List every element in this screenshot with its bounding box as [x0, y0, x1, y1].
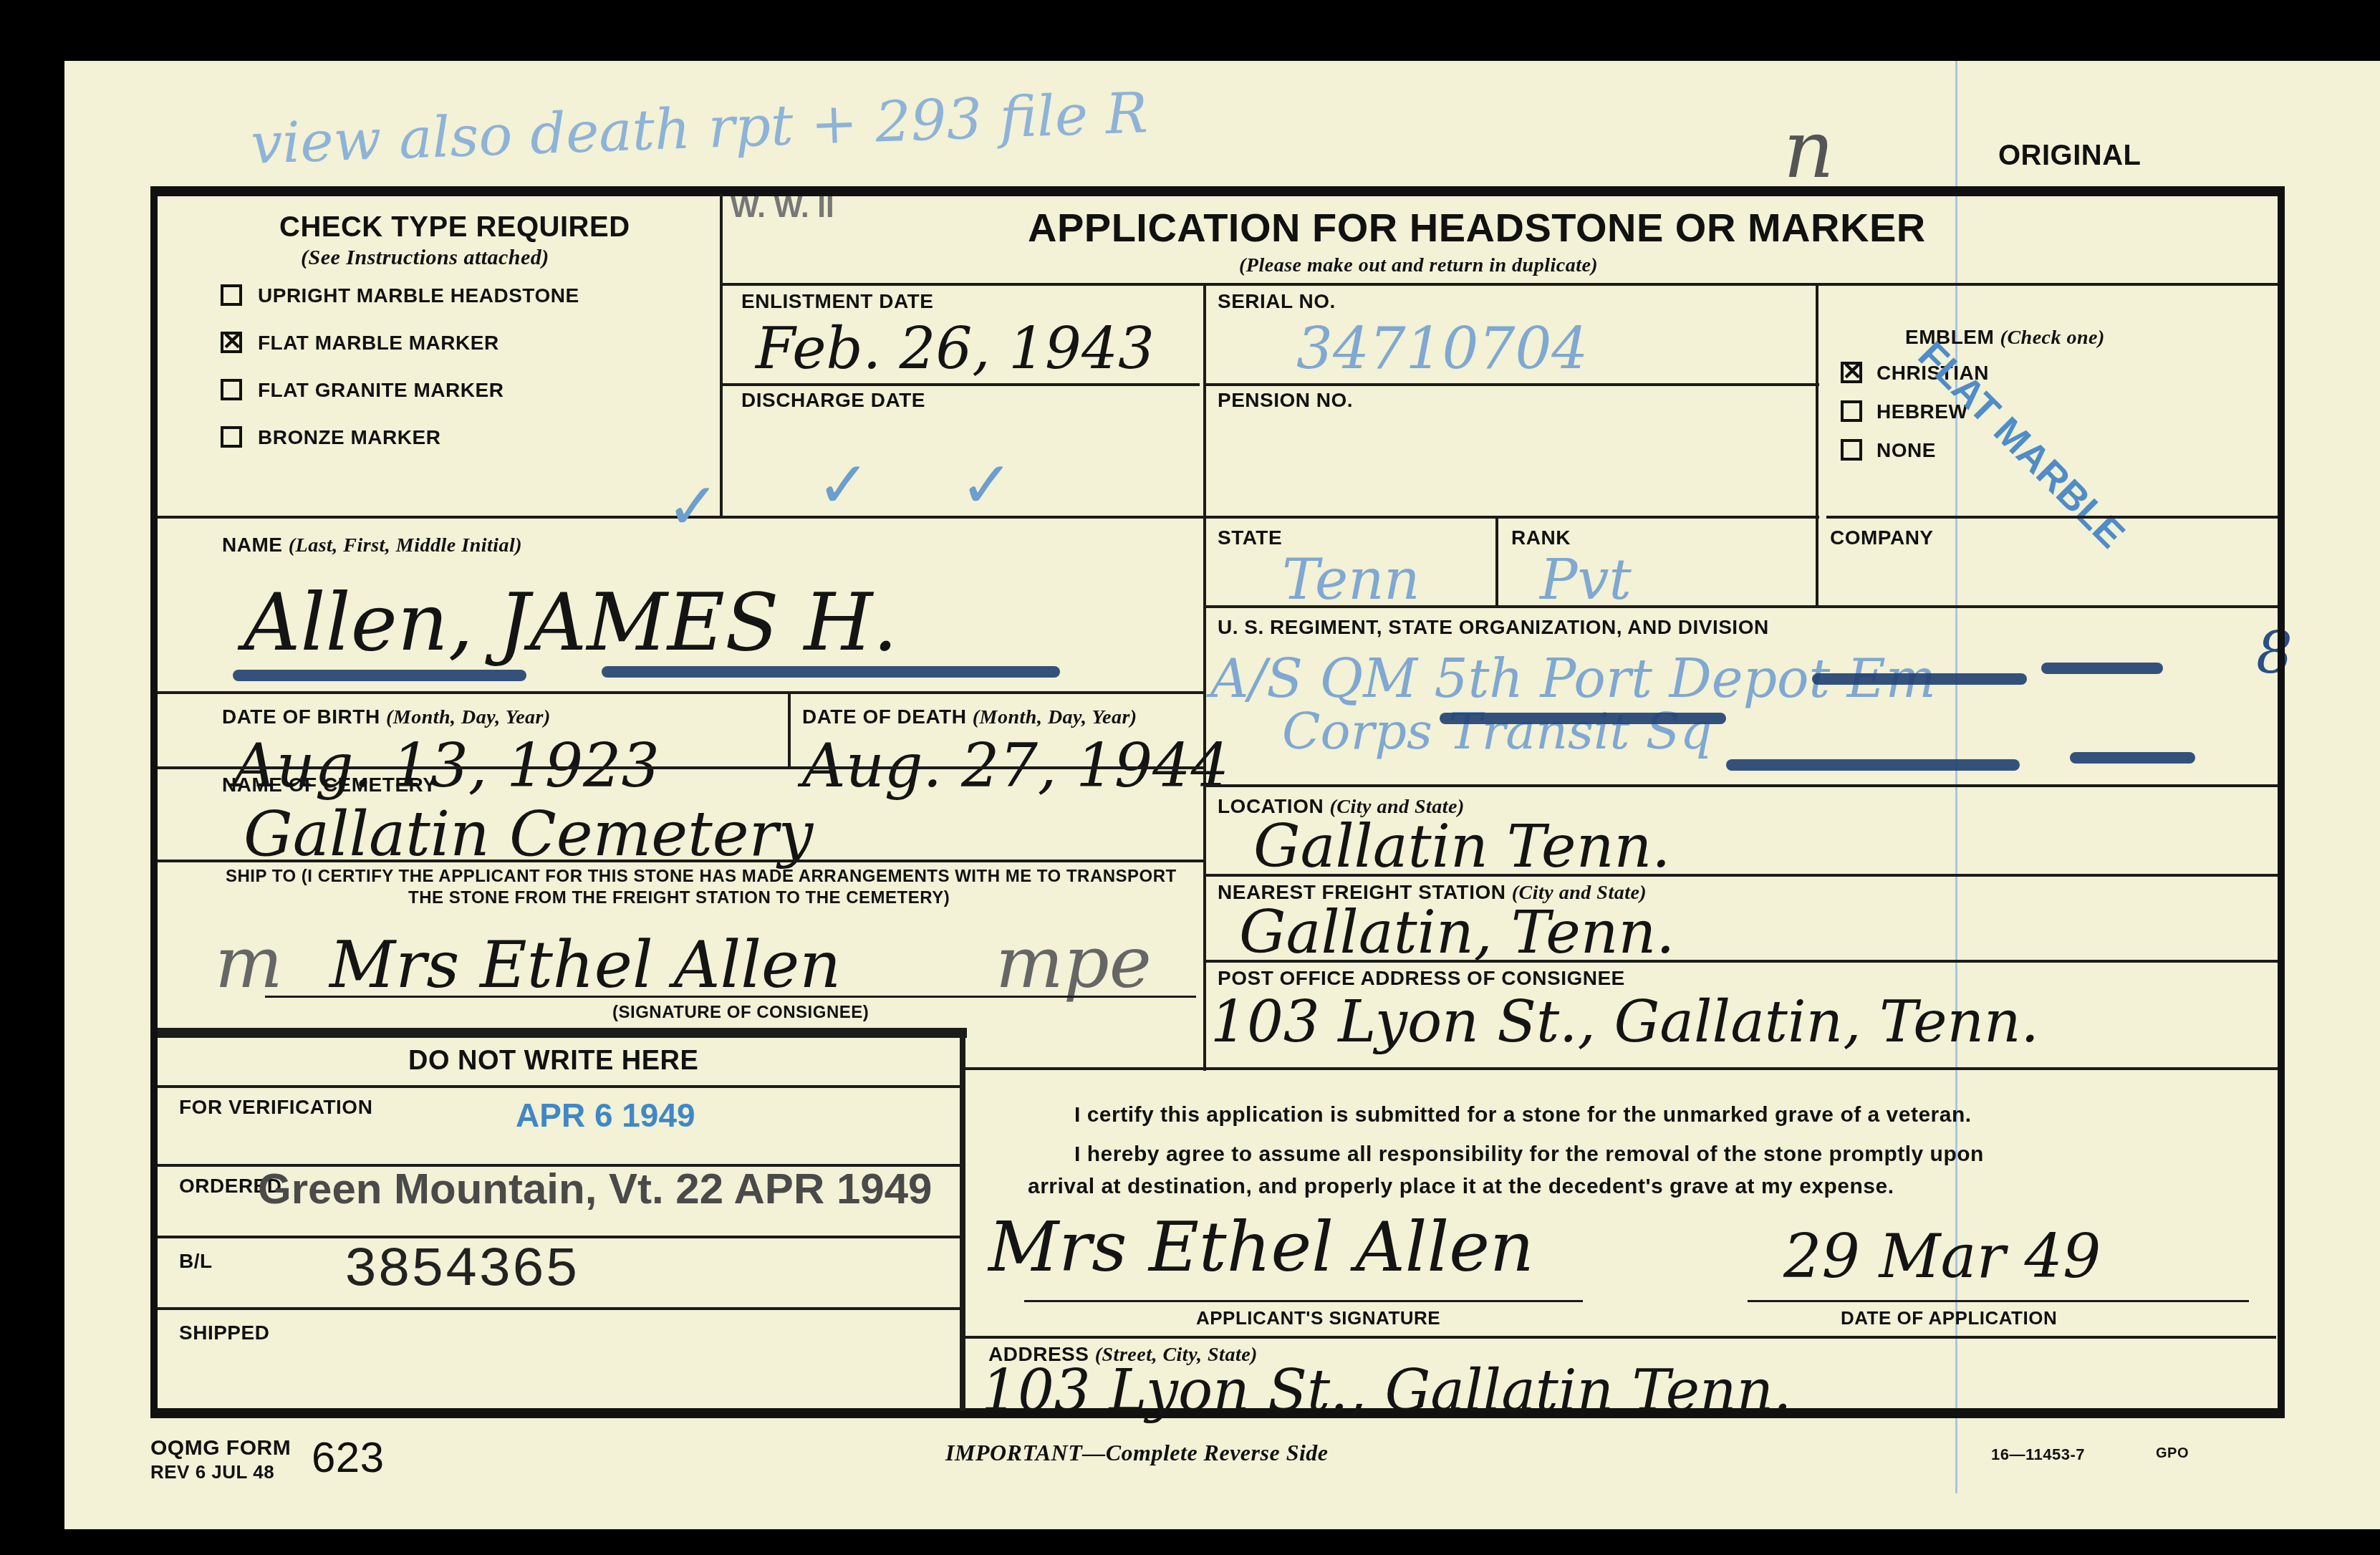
form-number: 623	[312, 1433, 385, 1482]
option-bronze-marker: BRONZE MARKER	[258, 426, 440, 449]
signature-line	[1024, 1300, 1583, 1302]
ww-stamp: W. W. II	[731, 190, 834, 224]
divider	[1495, 516, 1498, 605]
state-value[interactable]: Tenn	[1282, 548, 1420, 612]
divider	[960, 1067, 2278, 1070]
checkbox-emblem-none[interactable]	[1841, 439, 1862, 461]
option-upright-marble-headstone: UPRIGHT MARBLE HEADSTONE	[258, 284, 579, 307]
office-use-heading: DO NOT WRITE HERE	[408, 1046, 698, 1077]
name-label-note: (Last, First, Middle Initial)	[289, 534, 522, 557]
ordered-stamp: Green Mountain, Vt. 22 APR 1949	[258, 1164, 932, 1213]
consignee-address-label: POST OFFICE ADDRESS OF CONSIGNEE	[1218, 967, 1625, 990]
enlistment-date-label: ENLISTMENT DATE	[741, 290, 933, 313]
form-subtitle: (Please make out and return in duplicate…	[1239, 254, 1598, 277]
applicant-signature[interactable]: Mrs Ethel Allen	[988, 1207, 1534, 1287]
divider	[965, 1336, 2276, 1339]
clerk-initials: mpe	[996, 920, 1152, 1004]
date-of-birth-label: DATE OF BIRTH (Month, Day, Year)	[222, 706, 551, 729]
important-note: IMPORTANT—Complete Reverse Side	[945, 1440, 1329, 1466]
divider	[158, 691, 1203, 694]
ship-to-pencil-mark: m	[215, 920, 283, 1004]
bl-value: 3854365	[344, 1239, 579, 1302]
rank-value[interactable]: Pvt	[1540, 548, 1632, 612]
certification-line1: I certify this application is submitted …	[1074, 1103, 1972, 1127]
divider	[1203, 784, 2278, 787]
rank-label: RANK	[1511, 526, 1571, 549]
form-id-line2: REV 6 JUL 48	[150, 1461, 274, 1483]
divider	[158, 1028, 967, 1038]
serial-no-label: SERIAL No.	[1218, 290, 1336, 313]
name-underline	[602, 666, 1060, 678]
divider	[720, 193, 723, 516]
checkbox-flat-granite-marker[interactable]	[221, 379, 242, 400]
divider	[1203, 383, 1819, 386]
verification-check: ✓	[960, 448, 1013, 523]
bl-label: B/L	[179, 1250, 213, 1273]
divider	[158, 1236, 960, 1238]
company-label: COMPANY	[1830, 526, 1934, 549]
location-value[interactable]: Gallatin Tenn.	[1253, 813, 1670, 881]
regiment-underline	[1440, 713, 1726, 724]
dod-label-text: DATE OF DEATH	[802, 706, 966, 728]
consignee-address-value[interactable]: 103 Lyon St., Gallatin, Tenn.	[1210, 988, 2039, 1055]
print-code: 16—11453-7	[1991, 1445, 2085, 1464]
divider	[1203, 516, 1819, 519]
for-verification-label: FOR VERIFICATION	[179, 1096, 372, 1119]
freight-station-value[interactable]: Gallatin, Tenn.	[1239, 899, 1675, 967]
verification-stamp: APR 6 1949	[516, 1096, 695, 1135]
checkbox-bronze-marker[interactable]	[221, 426, 242, 448]
consignee-signature-caption: (SIGNATURE OF CONSIGNEE)	[612, 1003, 869, 1023]
name-underline	[233, 670, 526, 681]
verification-check: ✓	[816, 448, 870, 523]
verification-check: ✓	[666, 469, 720, 544]
checkbox-emblem-christian[interactable]	[1841, 362, 1862, 383]
gpo-mark: GPO	[2156, 1445, 2189, 1462]
divider	[158, 1307, 960, 1310]
discharge-date-label: DISCHARGE DATE	[741, 389, 925, 412]
regiment-value-line2[interactable]: Corps Transit Sq	[1282, 702, 1712, 761]
divider	[158, 1085, 960, 1088]
divider	[720, 383, 1200, 386]
cemetery-name-label: NAME OF CEMETERY	[222, 774, 436, 796]
top-mark: n	[1783, 104, 1834, 196]
divider	[1203, 874, 2278, 877]
ship-to-label-line2: THE STONE FROM THE FREIGHT STATION TO TH…	[408, 888, 950, 908]
dob-label-note: (Month, Day, Year)	[386, 706, 551, 728]
signature-line	[1748, 1300, 2249, 1302]
divider	[1816, 283, 1818, 605]
form-title: APPLICATION FOR HEADSTONE OR MARKER	[1028, 204, 1926, 251]
enlistment-date-value[interactable]: Feb. 26, 1943	[756, 315, 1155, 382]
form-id-line1: OQMG FORM	[150, 1436, 291, 1460]
top-pencil-note: view also death rpt + 293 file R	[250, 81, 1149, 177]
consignee-signature[interactable]: Mrs Ethel Allen	[329, 928, 841, 1003]
shipped-label: SHIPPED	[179, 1321, 269, 1344]
regiment-underline	[1812, 673, 2027, 685]
pension-no-label: PENSION No.	[1218, 389, 1353, 412]
date-of-death-label: DATE OF DEATH (Month, Day, Year)	[802, 706, 1137, 729]
date-of-application-label: DATE OF APPLICATION	[1841, 1307, 2057, 1329]
dob-label-text: DATE OF BIRTH	[222, 706, 380, 728]
divider	[720, 283, 2278, 286]
checkbox-emblem-hebrew[interactable]	[1841, 400, 1862, 422]
ship-to-label-line1: SHIP TO (I CERTIFY THE APPLICANT FOR THI…	[226, 867, 1177, 887]
name-label-text: NAME	[222, 534, 282, 556]
option-flat-granite-marker: FLAT GRANITE MARKER	[258, 379, 504, 402]
original-label: ORIGINAL	[1998, 140, 2141, 172]
divider	[960, 1031, 965, 1411]
name-label: NAME (Last, First, Middle Initial)	[222, 534, 522, 557]
option-flat-marble-marker: FLAT MARBLE MARKER	[258, 332, 499, 355]
emblem-label-note: (Check one)	[2000, 327, 2105, 349]
divider	[1203, 960, 2278, 963]
certification-line2: I hereby agree to assume all responsibil…	[1074, 1142, 1984, 1167]
divider	[1203, 283, 1206, 1071]
applicant-signature-label: APPLICANT'S SIGNATURE	[1196, 1307, 1440, 1329]
certification-line3: arrival at destination, and properly pla…	[1028, 1175, 1894, 1199]
form-paper: view also death rpt + 293 file R n ORIGI…	[64, 61, 2380, 1529]
type-heading: CHECK TYPE REQUIRED	[279, 211, 630, 244]
regiment-underline	[2070, 752, 2195, 764]
checkbox-flat-marble-marker[interactable]	[221, 332, 242, 353]
divider	[158, 860, 1203, 862]
checkbox-upright-marble-headstone[interactable]	[221, 284, 242, 306]
state-label: STATE	[1218, 526, 1282, 549]
dod-label-note: (Month, Day, Year)	[973, 706, 1137, 728]
divider	[1826, 516, 2278, 519]
date-of-death-value[interactable]: Aug. 27, 1944	[802, 731, 1229, 801]
emblem-option-none: NONE	[1876, 439, 1936, 462]
type-subheading: (See Instructions attached)	[301, 246, 549, 270]
regiment-underline	[2041, 663, 2163, 674]
signature-line	[265, 996, 1196, 998]
regiment-label: U. S. REGIMENT, STATE ORGANIZATION, AND …	[1218, 616, 1769, 639]
address-value[interactable]: 103 Lyon St., Gallatin Tenn.	[981, 1357, 1792, 1424]
divider	[1203, 605, 2278, 608]
divider	[788, 691, 791, 766]
divider	[158, 766, 1203, 769]
regiment-underline	[1726, 759, 2020, 771]
date-of-application-value[interactable]: 29 Mar 49	[1783, 1221, 2101, 1291]
name-value[interactable]: Allen, JAMES H.	[244, 577, 897, 668]
serial-no-value[interactable]: 34710704	[1296, 315, 1588, 382]
